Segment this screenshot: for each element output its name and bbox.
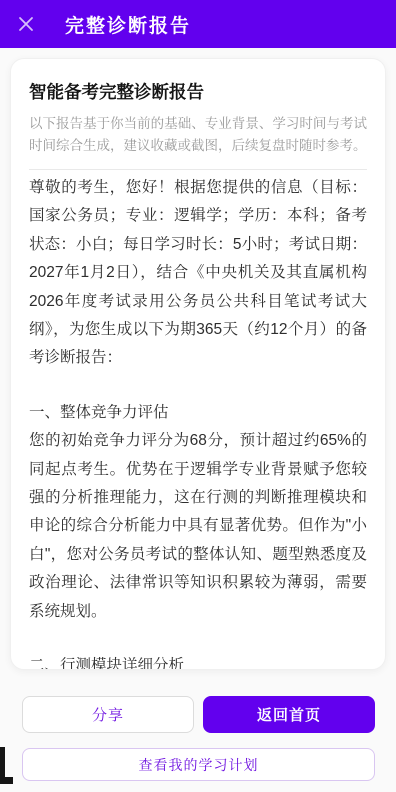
close-x-glyph bbox=[16, 14, 36, 34]
report-subtitle: 以下报告基于你当前的基础、专业背景、学习时间与考试时间综合生成，建议收藏或截图，… bbox=[29, 113, 367, 157]
clipped-underlying-content bbox=[0, 747, 5, 784]
action-button-row: 分享 返回首页 bbox=[22, 696, 375, 733]
divider bbox=[29, 169, 367, 170]
report-title: 智能备考完整诊断报告 bbox=[29, 79, 367, 104]
report-section-module-analysis-heading: 二、行测模块详细分析 bbox=[29, 652, 367, 670]
close-icon[interactable] bbox=[15, 13, 37, 35]
view-study-plan-button[interactable]: 查看我的学习计划 bbox=[22, 748, 375, 781]
page-title: 完整诊断报告 bbox=[65, 11, 191, 38]
report-paragraph-intro: 尊敬的考生，您好！根据您提供的信息（目标：国家公务员；专业：逻辑学；学历：本科；… bbox=[29, 174, 367, 373]
back-home-button[interactable]: 返回首页 bbox=[203, 696, 375, 733]
app-header: 完整诊断报告 bbox=[0, 0, 396, 48]
share-button[interactable]: 分享 bbox=[22, 696, 194, 733]
report-card: 智能备考完整诊断报告 以下报告基于你当前的基础、专业背景、学习时间与考试时间综合… bbox=[10, 58, 386, 670]
report-section-competitiveness: 一、整体竞争力评估 您的初始竞争力评分为68分，预计超过约65%的同起点考生。优… bbox=[29, 399, 367, 626]
